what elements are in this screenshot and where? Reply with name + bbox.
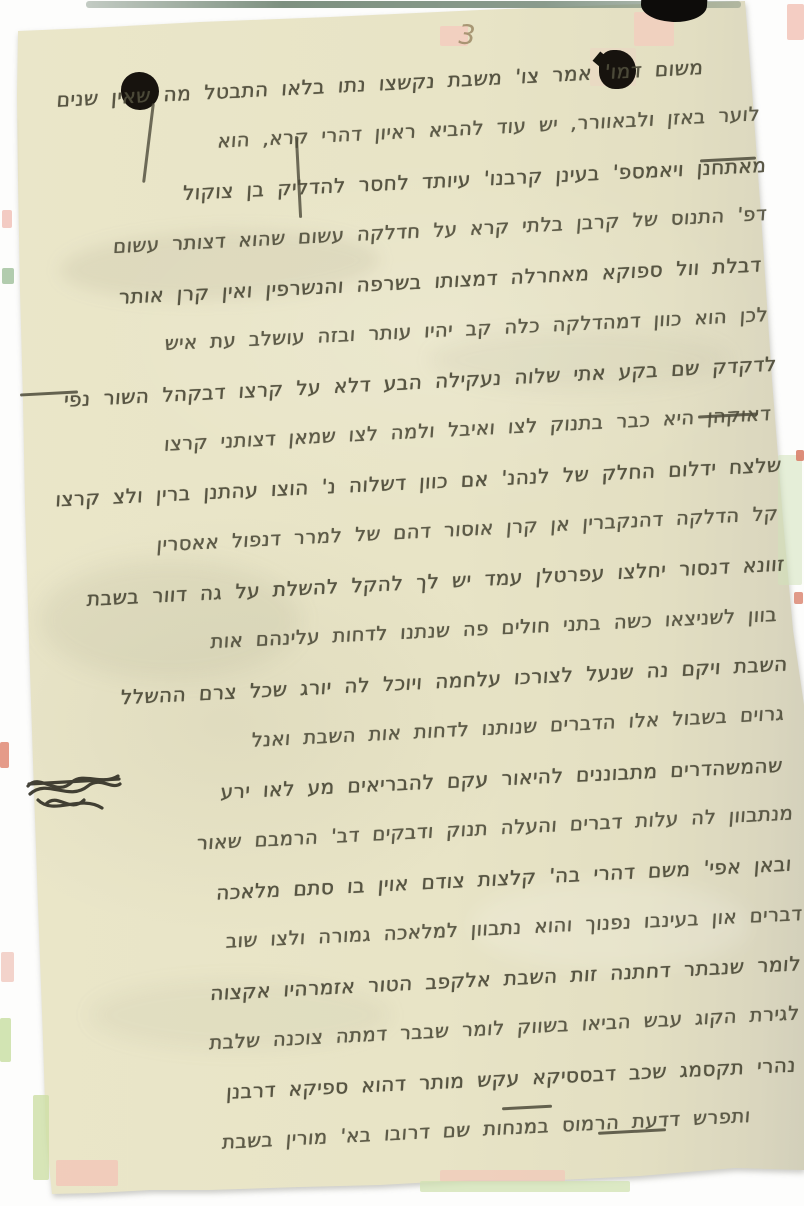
scanned-manuscript-page: 3 משום דמו' אמר צו' משבת נקשצו נתו בלאו … — [0, 0, 804, 1206]
handwritten-text-block: משום דמו' אמר צו' משבת נקשצו נתו בלאו הת… — [29, 39, 804, 1175]
torn-edge-texture — [5, 120, 15, 240]
strikeout-scribble-icon — [24, 764, 124, 820]
